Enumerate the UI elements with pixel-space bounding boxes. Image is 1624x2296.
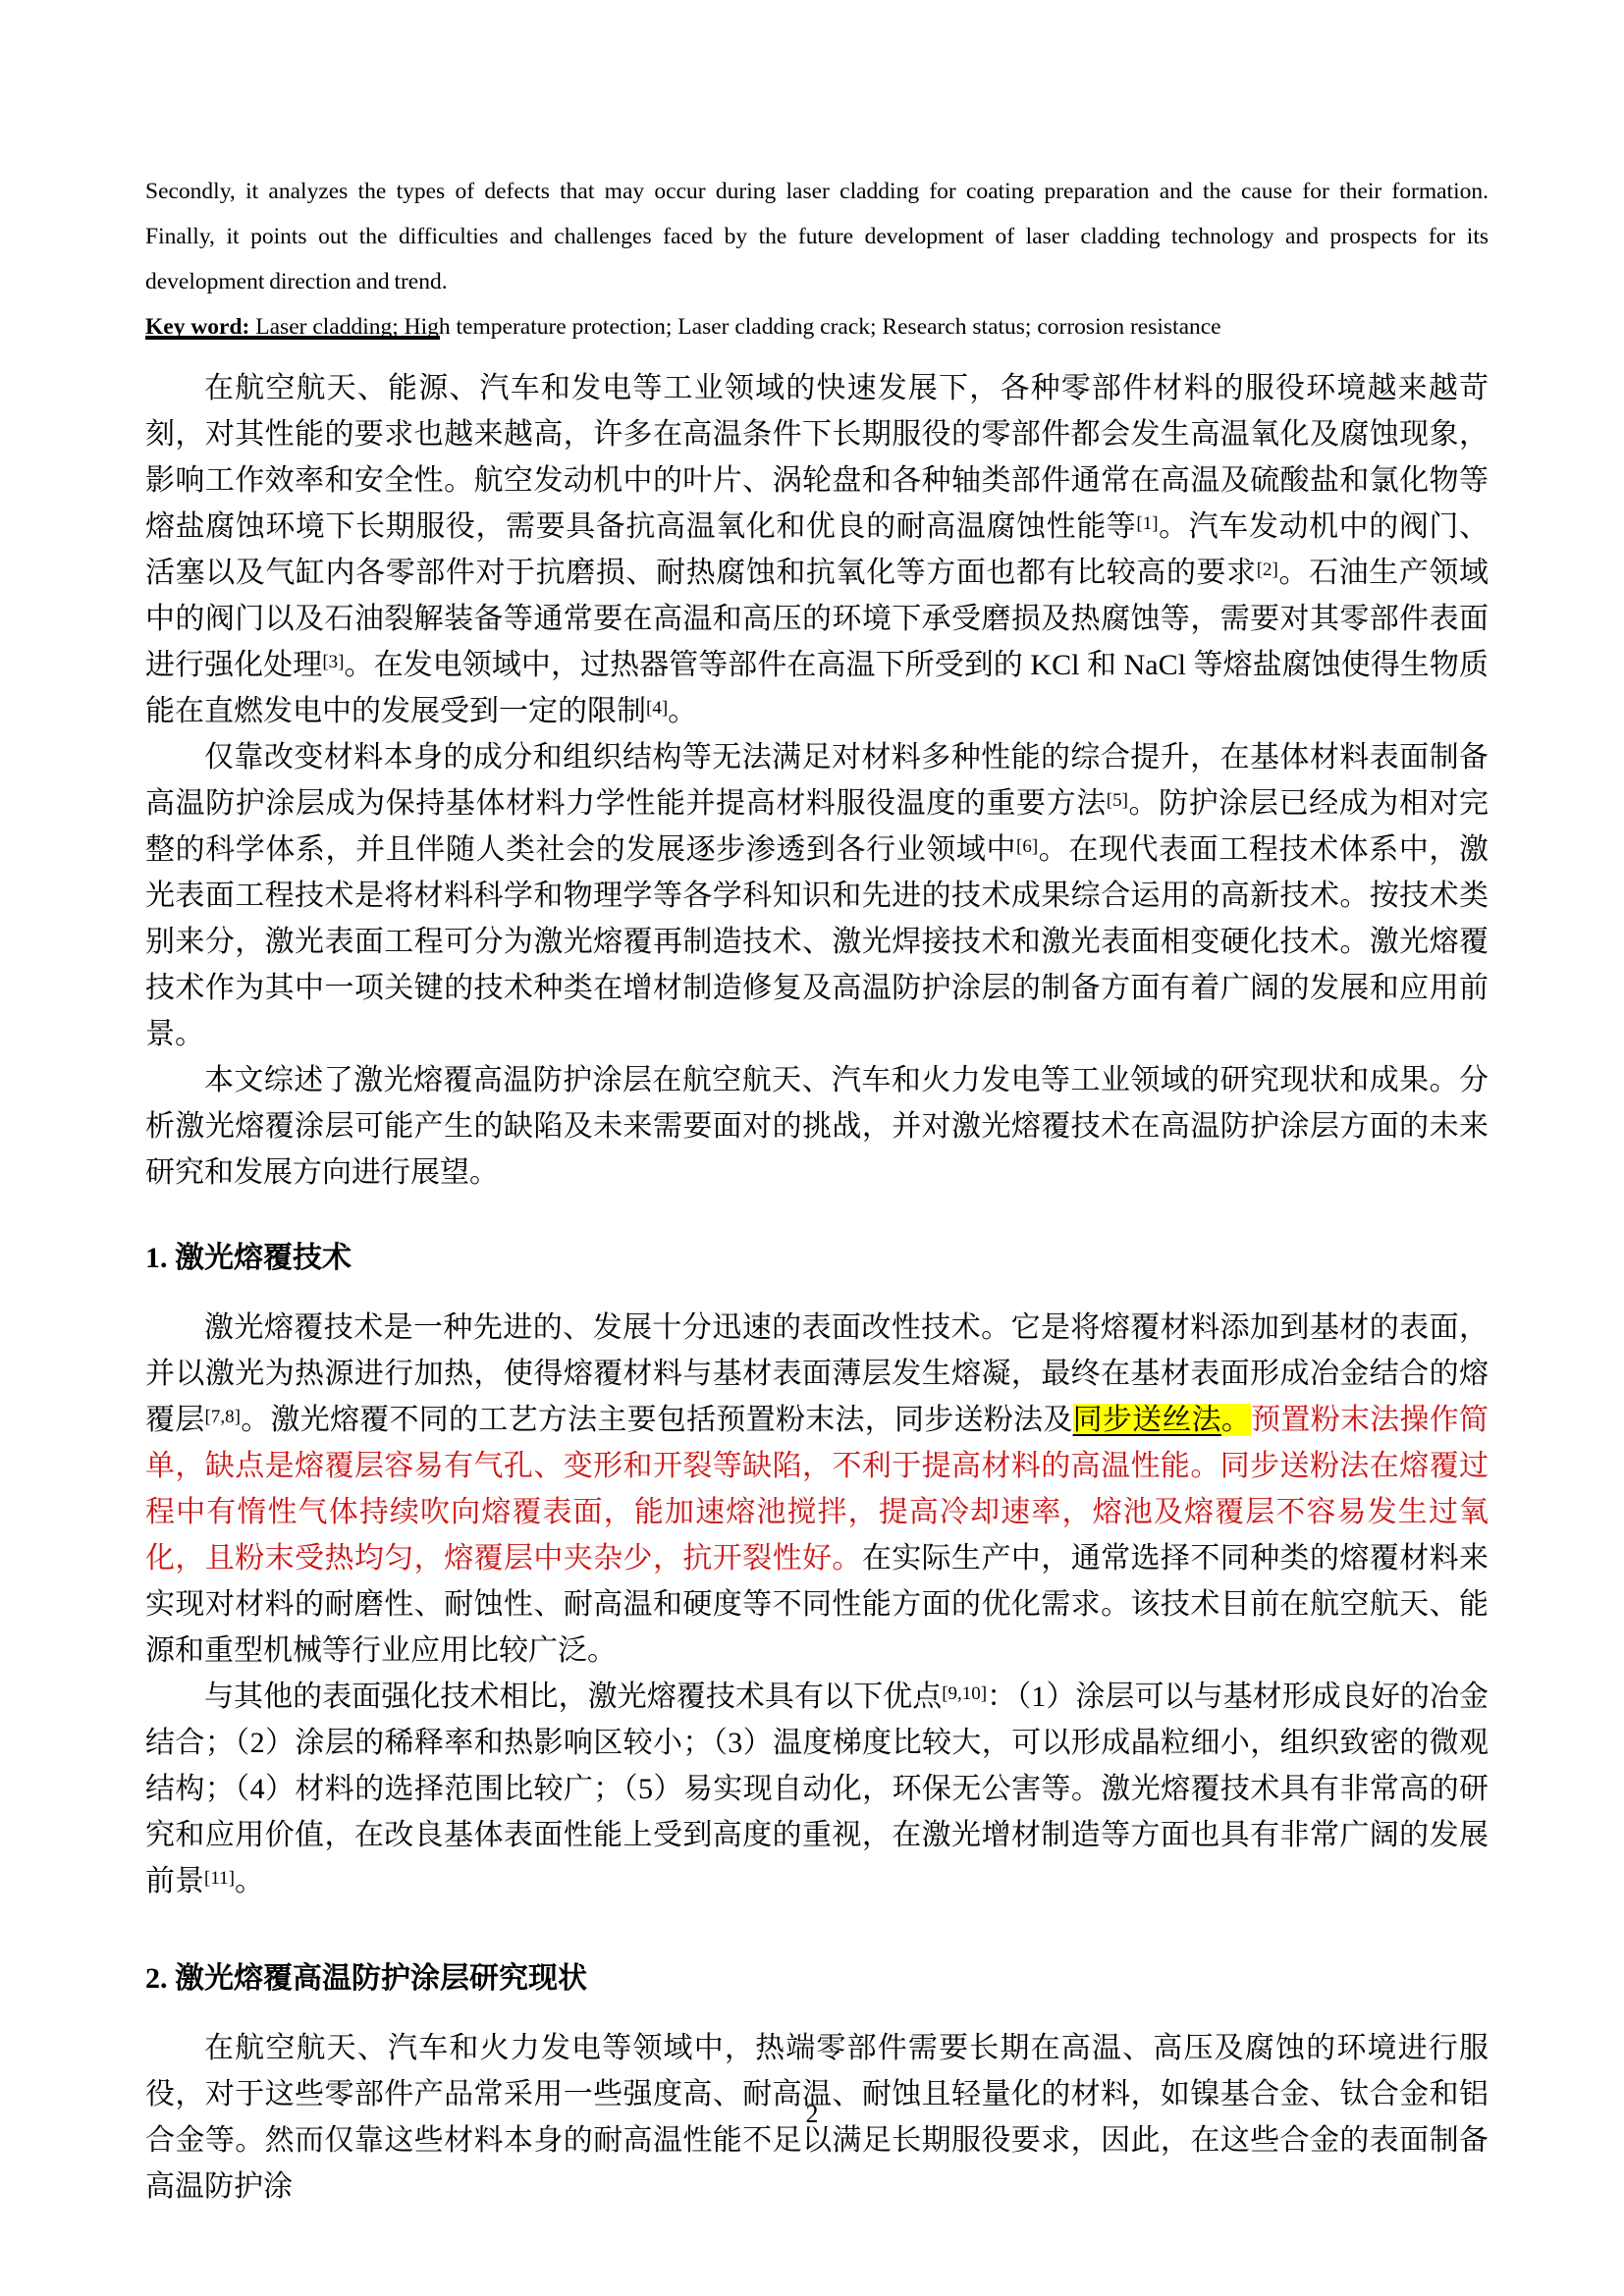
section-1-heading: 1. 激光熔覆技术 — [145, 1235, 1489, 1281]
advantages-paragraph: 与其他的表面强化技术相比，激光熔覆技术具有以下优点[9,10]：（1）涂层可以与… — [145, 1674, 1489, 1904]
keyword-label: Key word: — [145, 314, 249, 340]
text-run: ：（1）涂层可以与基材形成良好的冶金结合；（2）涂层的稀释率和热影响区较小；（3… — [145, 1681, 1489, 1897]
abstract-line: development direction and trend. — [145, 259, 1489, 304]
text-run: 。在现代表面工程技术体系中，激光表面工程技术是将材料科学和物理学等各学科知识和先… — [145, 833, 1489, 1050]
citation-ref: [11] — [204, 1868, 235, 1889]
highlighted-text: 。 — [1221, 1404, 1251, 1436]
paper-overview-paragraph: 本文综述了激光熔覆高温防护涂层在航空航天、汽车和火力发电等工业领域的研究现状和成… — [145, 1057, 1489, 1196]
laser-cladding-intro-paragraph: 激光熔覆技术是一种先进的、发展十分迅速的表面改性技术。它是将熔覆材料添加到基材的… — [145, 1305, 1489, 1674]
document-body: 在航空航天、能源、汽车和发电等工业领域的快速发展下，各种零部件材料的服役环境越来… — [145, 365, 1489, 2210]
keyword-text: Laser cladding; High temperature protect… — [249, 314, 1220, 340]
citation-ref: [3] — [322, 652, 344, 672]
text-run: 。激光熔覆不同的工艺方法主要包括预置粉末法，同步送粉法及 — [241, 1404, 1073, 1436]
abstract-continuation: Secondly, it analyzes the types of defec… — [145, 169, 1489, 340]
abstract-line: Finally, it points out the difficulties … — [145, 214, 1489, 259]
citation-ref: [4] — [646, 698, 668, 719]
page-content: Secondly, it analyzes the types of defec… — [145, 169, 1489, 2210]
text-run: 。 — [668, 695, 697, 727]
intro-industry-paragraph: 在航空航天、能源、汽车和发电等工业领域的快速发展下，各种零部件材料的服役环境越来… — [145, 365, 1489, 734]
protective-coating-paragraph: 仅靠改变材料本身的成分和组织结构等无法满足对材料多种性能的综合提升，在基体材料表… — [145, 734, 1489, 1057]
document-page: Secondly, it analyzes the types of defec… — [0, 0, 1624, 2296]
text-run: 与其他的表面强化技术相比，激光熔覆技术具有以下优点 — [204, 1681, 942, 1713]
citation-ref: [7,8] — [205, 1407, 241, 1427]
citation-ref: [2] — [1257, 560, 1278, 580]
highlighted-text: 同步送丝法 — [1073, 1404, 1221, 1436]
citation-ref: [1] — [1136, 513, 1158, 534]
text-run: 。 — [235, 1865, 264, 1897]
citation-ref: [9,10] — [942, 1683, 987, 1704]
citation-ref: [6] — [1016, 836, 1038, 857]
citation-ref: [5] — [1107, 790, 1128, 811]
page-number: 2 — [0, 2100, 1624, 2129]
text-run: 本文综述了激光熔覆高温防护涂层在航空航天、汽车和火力发电等工业领域的研究现状和成… — [145, 1064, 1489, 1189]
section-2-heading: 2. 激光熔覆高温防护涂层研究现状 — [145, 1955, 1489, 2002]
text-run: 。在发电领域中，过热器管等部件在高温下所受到的 KCl 和 NaCl 等熔盐腐蚀… — [145, 649, 1489, 727]
abstract-line: Secondly, it analyzes the types of defec… — [145, 169, 1489, 214]
keyword-line: Key word: Laser cladding; High temperatu… — [145, 304, 1489, 349]
